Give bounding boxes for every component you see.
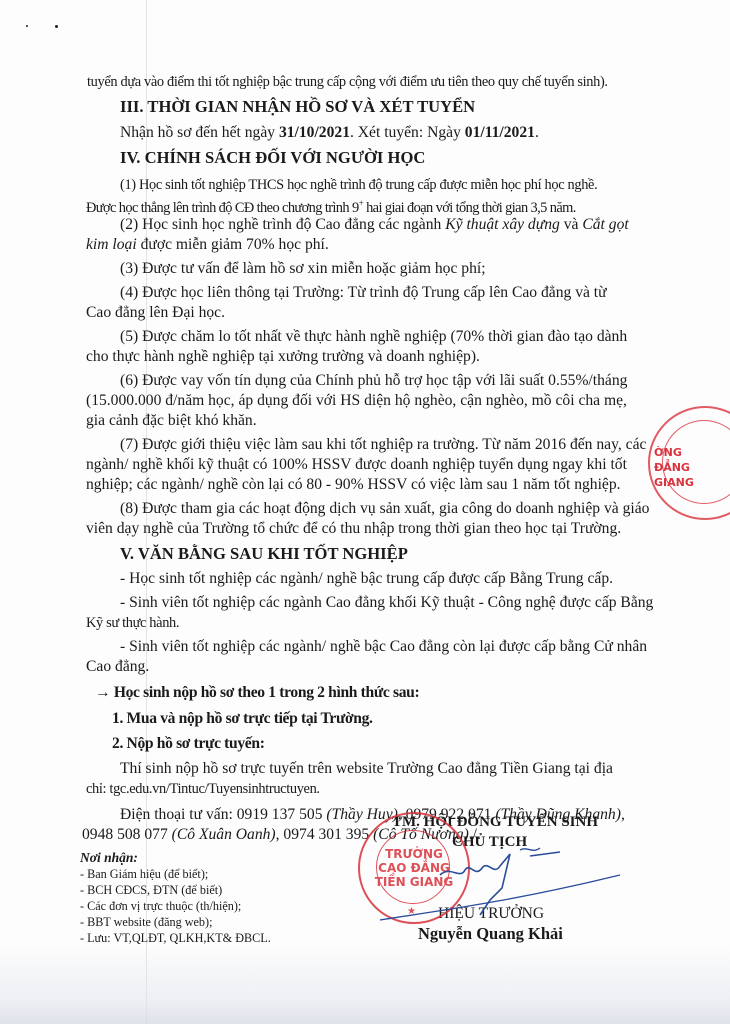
major-name: Kỹ thuật xây dựng xyxy=(445,216,560,233)
policy-2-line-1: (2) Học sinh học nghề trình độ Cao đẳng … xyxy=(120,215,629,235)
degree-item-3-line-1: - Sinh viên tốt nghiệp các ngành/ nghề b… xyxy=(120,637,647,657)
major-name: Cắt gọt xyxy=(582,216,628,233)
policy-5-line-2: cho thực hành nghề nghiệp tại xưởng trườ… xyxy=(86,347,480,367)
policy-1-line-1: (1) Học sinh tốt nghiệp THCS học nghề tr… xyxy=(120,175,597,195)
submission-option-2: 2. Nộp hồ sơ trực tuyến: xyxy=(112,734,265,754)
document-page: tuyển dựa vào điểm thi tốt nghiệp bậc tr… xyxy=(0,0,730,1024)
contacts-label: Điện thoại tư vấn: xyxy=(120,806,237,823)
scan-dot xyxy=(55,25,58,28)
online-submission-line-1: Thí sinh nộp hồ sơ trực tuyến trên websi… xyxy=(120,759,613,779)
contact-phone: 0919 137 505 xyxy=(237,806,323,823)
policy-7-line-2: ngành/ nghề khối kỹ thuật có 100% HSSV đ… xyxy=(86,455,627,475)
policy-6-line-2: (15.000.000 đ/năm học, áp dụng đối với H… xyxy=(86,391,627,411)
policy-7-line-1: (7) Được giới thiệu việc làm sau khi tốt… xyxy=(120,435,646,455)
online-submission-url[interactable]: chỉ: tgc.edu.vn/Tintuc/Tuyensinhtructuye… xyxy=(86,779,320,799)
arrow-right-icon: → xyxy=(95,684,110,701)
deadline-date: 31/10/2021 xyxy=(279,124,350,141)
intro-tail: tuyển dựa vào điểm thi tốt nghiệp bậc tr… xyxy=(87,72,608,92)
policy-6-line-1: (6) Được vay vốn tín dụng của Chính phủ … xyxy=(120,371,627,391)
degree-item-1: - Học sinh tốt nghiệp các ngành/ nghề bậ… xyxy=(120,569,613,589)
margin-seal-fragment: ỜNG ĐẲNG GIANG xyxy=(640,400,730,525)
recipient-item: - Lưu: VT,QLĐT, QLKH,KT& ĐBCL. xyxy=(80,930,271,946)
degree-item-2-line-1: - Sinh viên tốt nghiệp các ngành Cao đẳn… xyxy=(120,593,653,613)
section-5-heading: V. VĂN BẰNG SAU KHI TỐT NGHIỆP xyxy=(120,544,408,564)
recipient-item: - BCH CĐCS, ĐTN (để biết) xyxy=(80,882,222,898)
margin-seal-text: ỜNG ĐẲNG GIANG xyxy=(654,445,694,490)
text: . Xét tuyển: Ngày xyxy=(350,124,465,141)
submission-option-1: 1. Mua và nộp hồ sơ trực tiếp tại Trường… xyxy=(112,709,373,729)
recipients-title: Nơi nhận: xyxy=(80,848,138,868)
text: được miễn giảm 70% học phí. xyxy=(137,236,329,253)
separator: , xyxy=(621,806,625,823)
policy-4-line-1: (4) Được học liên thông tại Trường: Từ t… xyxy=(120,283,607,303)
text: (2) Học sinh học nghề trình độ Cao đẳng … xyxy=(120,216,445,233)
major-name: kim loại xyxy=(86,236,137,253)
text: . xyxy=(535,124,539,141)
policy-7-line-3: nghiệp; các ngành/ nghề còn lại có 80 - … xyxy=(86,475,621,495)
margin-seal-line-1: ỜNG xyxy=(654,445,694,460)
policy-5-line-1: (5) Được chăm lo tốt nhất về thực hành n… xyxy=(120,327,627,347)
review-date: 01/11/2021 xyxy=(465,124,535,141)
section-4-heading: IV. CHÍNH SÁCH ĐỐI VỚI NGƯỜI HỌC xyxy=(120,148,425,168)
text: hai giai đoạn với tổng thời gian 3,5 năm… xyxy=(363,200,576,216)
scan-shadow xyxy=(0,944,730,1024)
policy-2-line-2: kim loại được miễn giảm 70% học phí. xyxy=(86,235,329,255)
contact-phone: 0948 508 077 xyxy=(82,826,168,843)
submission-lead: → Học sinh nộp hồ sơ theo 1 trong 2 hình… xyxy=(95,683,419,703)
degree-item-2-line-2: Kỹ sư thực hành. xyxy=(86,613,179,633)
signature-scribble xyxy=(370,840,630,940)
margin-seal-line-3: GIANG xyxy=(654,475,694,490)
contact-phone: 0974 301 395 xyxy=(283,826,369,843)
policy-8-line-1: (8) Được tham gia các hoạt động dịch vụ … xyxy=(120,499,649,519)
text: Nhận hồ sơ đến hết ngày xyxy=(120,124,279,141)
policy-4-line-2: Cao đẳng lên Đại học. xyxy=(86,303,225,323)
policy-3: (3) Được tư vấn để làm hồ sơ xin miễn ho… xyxy=(120,259,486,279)
recipient-item: - BBT website (đăng web); xyxy=(80,914,212,930)
section-3-text: Nhận hồ sơ đến hết ngày 31/10/2021. Xét … xyxy=(120,123,539,143)
margin-seal-line-2: ĐẲNG xyxy=(654,460,694,475)
text: Được học thẳng lên trình độ CĐ theo chươ… xyxy=(86,200,359,216)
policy-6-line-3: gia cảnh đặc biệt khó khăn. xyxy=(86,411,257,431)
text: và xyxy=(560,216,583,233)
scan-dot xyxy=(26,25,28,27)
degree-item-3-line-2: Cao đẳng. xyxy=(86,657,149,677)
contact-name: (Cô Xuân Oanh) xyxy=(172,826,276,843)
text: Học sinh nộp hồ sơ theo 1 trong 2 hình t… xyxy=(114,684,420,701)
section-3-heading: III. THỜI GIAN NHẬN HỒ SƠ VÀ XÉT TUYỂN xyxy=(120,97,475,117)
recipient-item: - Ban Giám hiệu (để biết); xyxy=(80,866,208,882)
policy-8-line-2: viên dạy nghề của Trường tổ chức để có t… xyxy=(86,519,621,539)
recipient-item: - Các đơn vị trực thuộc (th/hiện); xyxy=(80,898,241,914)
